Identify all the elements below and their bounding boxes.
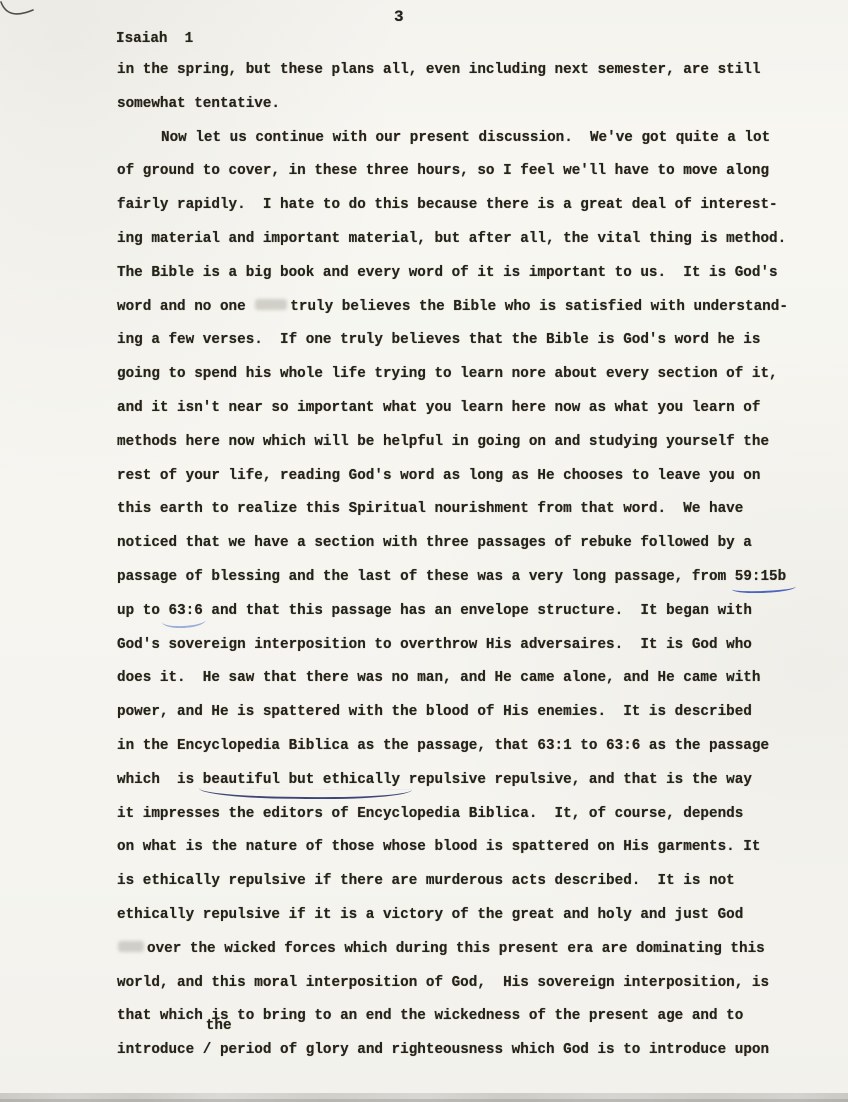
text-run: of ground to cover, in these three hours…	[117, 163, 769, 179]
text-run: it impresses the editors of Encyclopedia…	[117, 806, 743, 822]
text-line: is ethically repulsive if there are murd…	[117, 865, 827, 899]
document-lines: in the spring, but these plans all, even…	[117, 54, 827, 1068]
text-line: does it. He saw that there was no man, a…	[117, 662, 827, 696]
text-run: passage of blessing and the last of thes…	[117, 569, 735, 585]
text-line: world, and this moral interposition of G…	[117, 967, 827, 1001]
pen-squiggle-mark	[0, 0, 42, 24]
text-run: up to	[117, 603, 168, 619]
text-line: introduce the/ period of glory and right…	[117, 1034, 827, 1068]
text-run: does it. He saw that there was no man, a…	[117, 670, 760, 686]
text-line: somewhat tentative.	[117, 88, 827, 122]
text-line: noticed that we have a section with thre…	[117, 527, 827, 561]
text-run: repulsive repulsive, and that is the way	[400, 772, 752, 788]
text-line: passage of blessing and the last of thes…	[117, 561, 827, 595]
text-run: methods here now which will be helpful i…	[117, 434, 769, 450]
text-run: over the wicked forces which during this…	[147, 941, 765, 957]
text-line: up to 63:6 and that this passage has an …	[117, 595, 827, 629]
text-line: power, and He is spattered with the bloo…	[117, 696, 827, 730]
text-run: ing a few verses. If one truly believes …	[117, 332, 760, 348]
text-run: word and no one	[117, 299, 254, 315]
text-line: this earth to realize this Spiritual nou…	[117, 493, 827, 527]
text-line: going to spend his whole life trying to …	[117, 358, 827, 392]
text-run: Now let us continue with our present dis…	[161, 130, 770, 146]
underlined-text: beautiful but ethically	[203, 764, 400, 798]
text-line: on what is the nature of those whose blo…	[117, 831, 827, 865]
text-run: ethically repulsive if it is a victory o…	[117, 907, 743, 923]
text-run: somewhat tentative.	[117, 96, 280, 112]
erasure-smudge	[118, 941, 144, 952]
inserted-word: the	[206, 1019, 232, 1033]
text-run: which is	[117, 772, 203, 788]
text-line: and it isn't near so important what you …	[117, 392, 827, 426]
text-line: of ground to cover, in these three hours…	[117, 155, 827, 189]
text-run: is ethically repulsive if there are murd…	[117, 873, 735, 889]
text-run: power, and He is spattered with the bloo…	[117, 704, 752, 720]
text-line: rest of your life, reading God's word as…	[117, 460, 827, 494]
text-line: ethically repulsive if it is a victory o…	[117, 899, 827, 933]
text-run: and it isn't near so important what you …	[117, 400, 760, 416]
text-line: ing a few verses. If one truly believes …	[117, 324, 827, 358]
text-run: and that this passage has an envelope st…	[203, 603, 752, 619]
text-line: over the wicked forces which during this…	[117, 933, 827, 967]
text-line: in the spring, but these plans all, even…	[117, 54, 827, 88]
text-run: period of glory and righteousness which …	[211, 1042, 769, 1058]
text-line: ing material and important material, but…	[117, 223, 827, 257]
text-run: The Bible is a big book and every word o…	[117, 265, 778, 281]
text-run: ing material and important material, but…	[117, 231, 786, 247]
text-line: it impresses the editors of Encyclopedia…	[117, 798, 827, 832]
text-run: truly believes the Bible who is satisfie…	[290, 299, 788, 315]
text-run: rest of your life, reading God's word as…	[117, 468, 760, 484]
text-line: which is beautiful but ethically repulsi…	[117, 764, 827, 798]
scanner-edge-strip	[0, 1093, 848, 1102]
text-run: fairly rapidly. I hate to do this becaus…	[117, 197, 778, 213]
underlined-text: 63:6	[168, 595, 202, 629]
text-line: The Bible is a big book and every word o…	[117, 257, 827, 291]
text-line: Now let us continue with our present dis…	[117, 122, 827, 156]
document-page: 3 Isaiah 1 in the spring, but these plan…	[0, 0, 848, 1102]
erasure-smudge	[255, 299, 287, 310]
text-line: God's sovereign interposition to overthr…	[117, 629, 827, 663]
page-header-title: Isaiah 1	[116, 31, 193, 47]
text-line: methods here now which will be helpful i…	[117, 426, 827, 460]
text-run: going to spend his whole life trying to …	[117, 366, 778, 382]
text-run: God's sovereign interposition to overthr…	[117, 637, 752, 653]
text-run: introduce	[117, 1042, 203, 1058]
text-run: world, and this moral interposition of G…	[117, 975, 769, 991]
text-run: in the Encyclopedia Biblica as the passa…	[117, 738, 769, 754]
page-number: 3	[394, 8, 404, 26]
text-run: on what is the nature of those whose blo…	[117, 839, 760, 855]
text-run: noticed that we have a section with thre…	[117, 535, 752, 551]
text-line: word and no one truly believes the Bible…	[117, 291, 827, 325]
underlined-text: 59:15b	[735, 561, 786, 595]
text-run: in the spring, but these plans all, even…	[117, 62, 760, 78]
text-line: fairly rapidly. I hate to do this becaus…	[117, 189, 827, 223]
text-run: this earth to realize this Spiritual nou…	[117, 501, 743, 517]
text-line: in the Encyclopedia Biblica as the passa…	[117, 730, 827, 764]
